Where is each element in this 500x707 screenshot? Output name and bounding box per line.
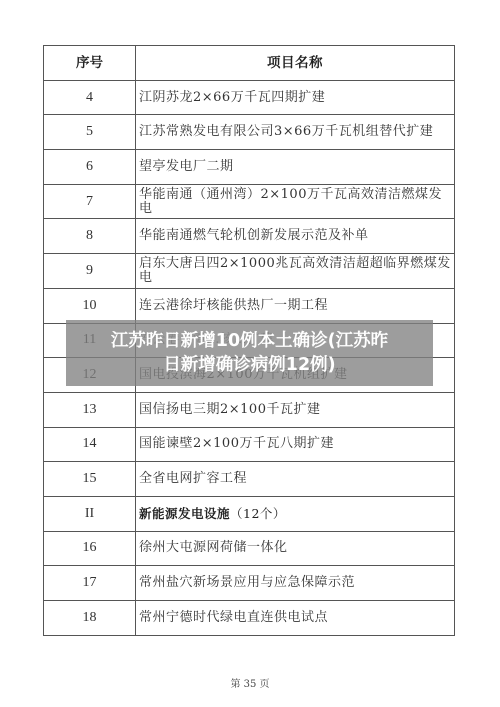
row-project-name: 江苏常熟发电有限公司3×66万千瓦机组替代扩建	[136, 115, 455, 150]
row-number: 6	[44, 150, 136, 185]
row-number: 13	[44, 392, 136, 427]
row-project-name: 华能南通（通州湾）2×100万千瓦高效清洁燃煤发电	[136, 184, 455, 219]
section-title-text: 新能源发电设施	[139, 506, 230, 521]
row-number: 8	[44, 219, 136, 254]
row-project-name: 常州宁德时代绿电直连供电试点	[136, 601, 455, 636]
table-row: 9启东大唐吕四2×1000兆瓦高效清洁超超临界燃煤发电	[44, 254, 455, 289]
headline-line-1: 江苏昨日新增10例本土确诊(江苏昨	[111, 329, 388, 353]
row-project-name: 华能南通燃气轮机创新发展示范及补单	[136, 219, 455, 254]
section-number: II	[44, 496, 136, 531]
section-title: 新能源发电设施（12个）	[136, 496, 455, 531]
header-project-name: 项目名称	[136, 46, 455, 81]
table-row: 4江阴苏龙2×66万千瓦四期扩建	[44, 80, 455, 115]
row-number: 17	[44, 566, 136, 601]
row-project-name: 徐州大屯源网荷储一体化	[136, 531, 455, 566]
row-number: 7	[44, 184, 136, 219]
table-row: 14国能谏壁2×100万千瓦八期扩建	[44, 427, 455, 462]
headline-overlay: 江苏昨日新增10例本土确诊(江苏昨 日新增确诊病例12例)	[66, 320, 433, 386]
row-number: 15	[44, 462, 136, 497]
table-row: 13国信扬电三期2×100千瓦扩建	[44, 392, 455, 427]
section-count: （12个）	[230, 506, 286, 521]
table-row: 10连云港徐圩核能供热厂一期工程	[44, 288, 455, 323]
headline-line-2: 日新增确诊病例12例)	[163, 353, 335, 377]
row-number: 10	[44, 288, 136, 323]
table-row: 16徐州大屯源网荷储一体化	[44, 531, 455, 566]
table-row: 18常州宁德时代绿电直连供电试点	[44, 601, 455, 636]
row-number: 14	[44, 427, 136, 462]
page-number: 第 35 页	[0, 675, 500, 690]
row-project-name: 启东大唐吕四2×1000兆瓦高效清洁超超临界燃煤发电	[136, 254, 455, 289]
row-number: 5	[44, 115, 136, 150]
row-project-name: 江阴苏龙2×66万千瓦四期扩建	[136, 80, 455, 115]
row-project-name: 连云港徐圩核能供热厂一期工程	[136, 288, 455, 323]
section-row: II新能源发电设施（12个）	[44, 496, 455, 531]
row-number: 16	[44, 531, 136, 566]
row-project-name: 全省电网扩容工程	[136, 462, 455, 497]
table-row: 6望亭发电厂二期	[44, 150, 455, 185]
table-row: 15全省电网扩容工程	[44, 462, 455, 497]
row-project-name: 国能谏壁2×100万千瓦八期扩建	[136, 427, 455, 462]
row-number: 4	[44, 80, 136, 115]
table-header-row: 序号 项目名称	[44, 46, 455, 81]
row-number: 18	[44, 601, 136, 636]
table-row: 5江苏常熟发电有限公司3×66万千瓦机组替代扩建	[44, 115, 455, 150]
row-project-name: 望亭发电厂二期	[136, 150, 455, 185]
row-project-name: 国信扬电三期2×100千瓦扩建	[136, 392, 455, 427]
header-serial-number: 序号	[44, 46, 136, 81]
table-row: 17常州盐穴新场景应用与应急保障示范	[44, 566, 455, 601]
table-row: 8华能南通燃气轮机创新发展示范及补单	[44, 219, 455, 254]
table-row: 7华能南通（通州湾）2×100万千瓦高效清洁燃煤发电	[44, 184, 455, 219]
row-number: 9	[44, 254, 136, 289]
row-project-name: 常州盐穴新场景应用与应急保障示范	[136, 566, 455, 601]
